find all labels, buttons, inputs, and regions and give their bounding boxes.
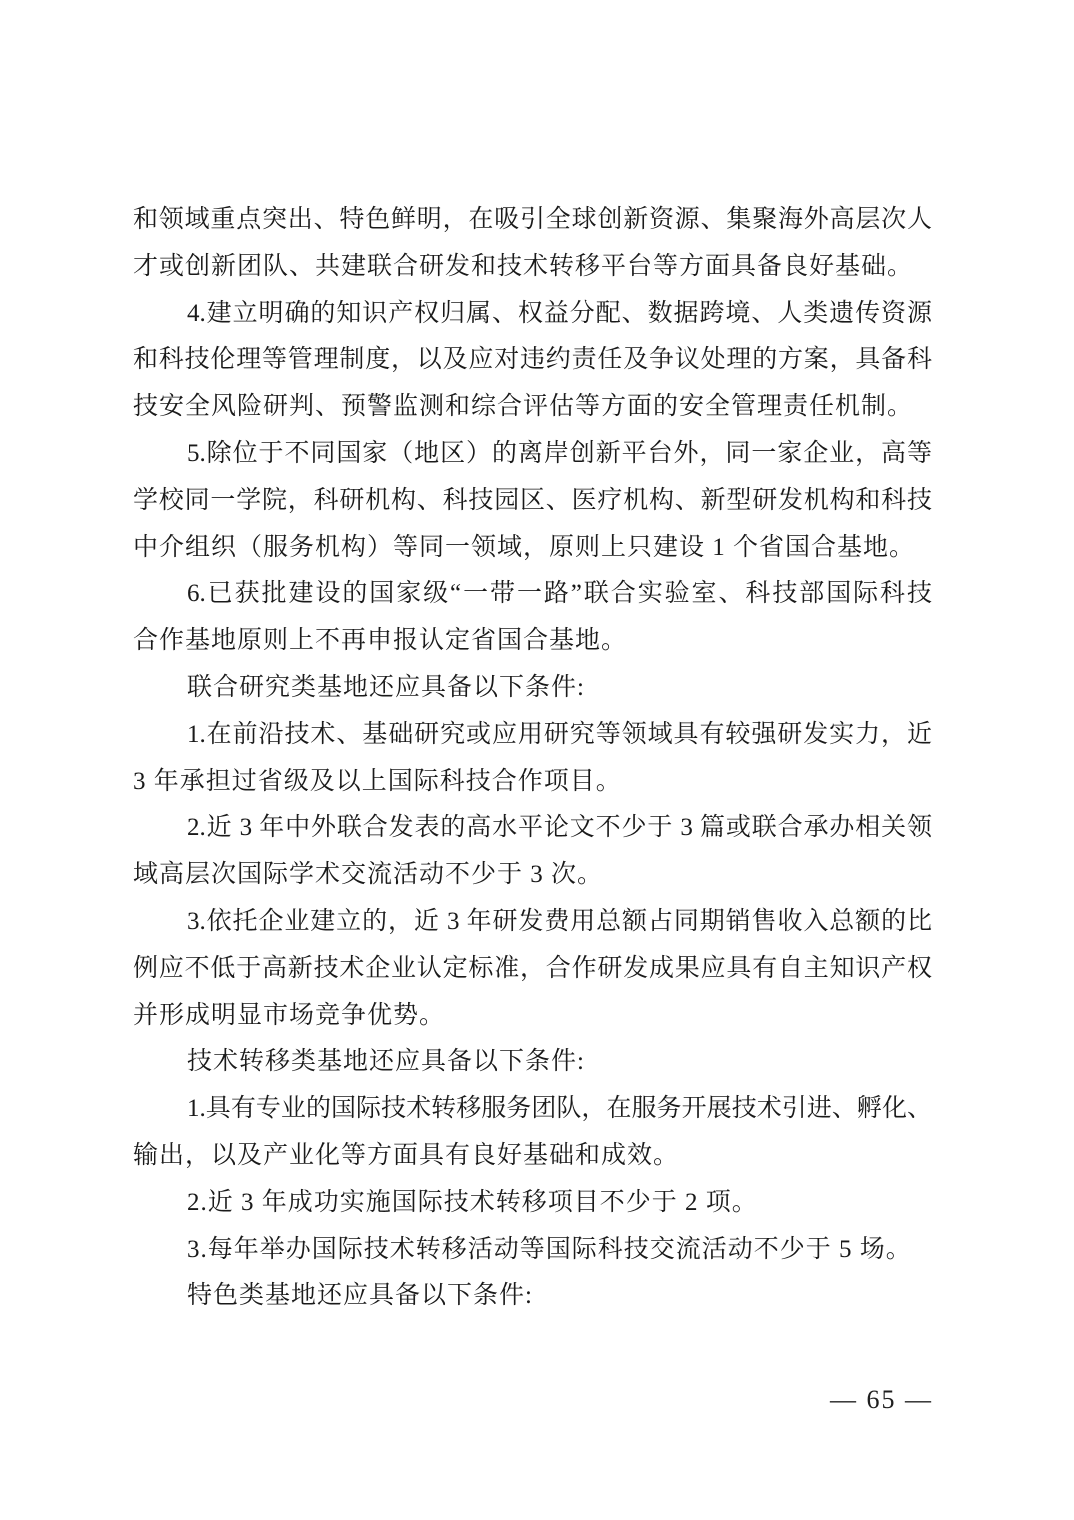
text-line: 5.除位于不同国家（地区）的离岸创新平台外，同一家企业，高等 <box>133 431 932 478</box>
text-line: 合作基地原则上不再申报认定省国合基地。 <box>133 618 932 665</box>
page-footer: — 65 — <box>133 1382 933 1418</box>
text-line: 才或创新团队、共建联合研发和技术转移平台等方面具备良好基础。 <box>133 244 932 291</box>
text-line: 4.建立明确的知识产权归属、权益分配、数据跨境、人类遗传资源 <box>133 291 932 338</box>
text-line: 域高层次国际学术交流活动不少于 3 次。 <box>133 852 932 899</box>
text-line: 1.在前沿技术、基础研究或应用研究等领域具有较强研发实力，近 <box>133 712 932 759</box>
document-body: 和领域重点突出、特色鲜明，在吸引全球创新资源、集聚海外高层次人 才或创新团队、共… <box>133 197 932 1320</box>
text-line: 特色类基地还应具备以下条件: <box>133 1273 932 1320</box>
text-line: 技术转移类基地还应具备以下条件: <box>133 1039 932 1086</box>
text-line: 并形成明显市场竞争优势。 <box>133 993 932 1040</box>
text-line: 中介组织（服务机构）等同一领域，原则上只建设 1 个省国合基地。 <box>133 525 932 572</box>
text-line: 和科技伦理等管理制度，以及应对违约责任及争议处理的方案，具备科 <box>133 337 932 384</box>
text-line: 3 年承担过省级及以上国际科技合作项目。 <box>133 759 932 806</box>
text-line: 3.每年举办国际技术转移活动等国际科技交流活动不少于 5 场。 <box>133 1227 932 1274</box>
text-line: 学校同一学院，科研机构、科技园区、医疗机构、新型研发机构和科技 <box>133 478 932 525</box>
page-number: — 65 — <box>830 1385 933 1414</box>
text-line: 3.依托企业建立的，近 3 年研发费用总额占同期销售收入总额的比 <box>133 899 932 946</box>
text-line: 输出，以及产业化等方面具有良好基础和成效。 <box>133 1133 932 1180</box>
text-line: 例应不低于高新技术企业认定标准，合作研发成果应具有自主知识产权 <box>133 946 932 993</box>
text-line: 联合研究类基地还应具备以下条件: <box>133 665 932 712</box>
text-line: 2.近 3 年中外联合发表的高水平论文不少于 3 篇或联合承办相关领 <box>133 805 932 852</box>
text-line: 1.具有专业的国际技术转移服务团队，在服务开展技术引进、孵化、 <box>133 1086 932 1133</box>
text-line: 技安全风险研判、预警监测和综合评估等方面的安全管理责任机制。 <box>133 384 932 431</box>
text-line: 和领域重点突出、特色鲜明，在吸引全球创新资源、集聚海外高层次人 <box>133 197 932 244</box>
text-line: 2.近 3 年成功实施国际技术转移项目不少于 2 项。 <box>133 1180 932 1227</box>
text-line: 6.已获批建设的国家级“一带一路”联合实验室、科技部国际科技 <box>133 571 932 618</box>
document-page: 和领域重点突出、特色鲜明，在吸引全球创新资源、集聚海外高层次人 才或创新团队、共… <box>0 0 1074 1520</box>
